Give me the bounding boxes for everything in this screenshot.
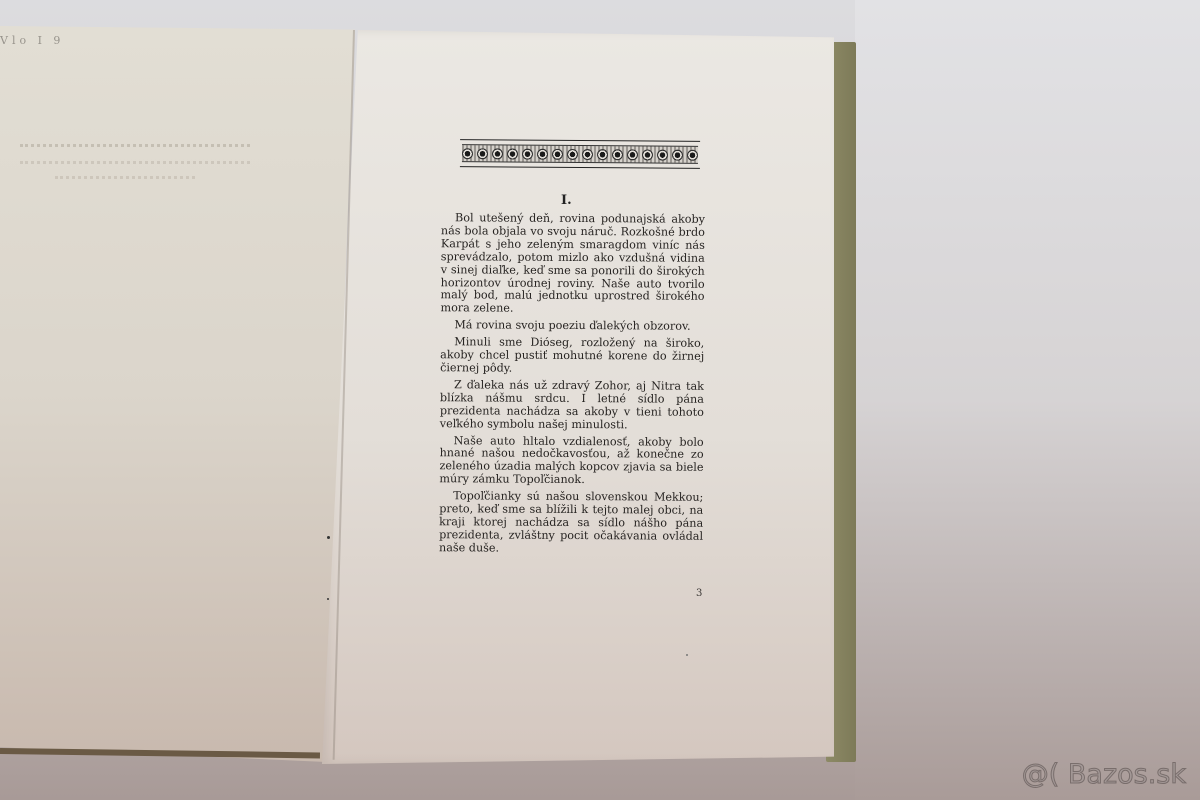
paragraph: Z ďaleka nás už zdravý Zohor, aj Nitra t… (440, 379, 704, 432)
ornament-dot-icon (477, 148, 488, 159)
ornament-dot-icon (537, 148, 548, 159)
ornament-dot-icon (672, 149, 683, 160)
paper-speck (327, 536, 330, 539)
ornament-dot-icon (627, 149, 638, 160)
ornament-dot-icon (567, 148, 578, 159)
paragraph: Naše auto hltalo vzdialenosť, akoby bolo… (439, 435, 703, 488)
paragraph: Má rovina svoju poeziu ďalekých obzorov. (440, 319, 704, 334)
paper-speck (686, 654, 688, 656)
ornament-dot-icon (552, 148, 563, 159)
decorative-border-ornament (460, 139, 700, 169)
left-page: Vlo I 9 (0, 26, 355, 762)
bazos-watermark: @( Bazos.sk (1022, 759, 1186, 790)
paper-speck (327, 598, 329, 600)
ornament-band (462, 144, 698, 164)
left-page-show-through-title (20, 144, 250, 164)
paragraph: Minuli sme Dióseg, rozložený na široko, … (440, 336, 704, 376)
ornament-dot-icon (507, 148, 518, 159)
ornament-dot-icon (687, 149, 698, 160)
ornament-dot-icon (492, 148, 503, 159)
left-page-show-through-subtitle (55, 176, 195, 185)
left-page-faint-header: Vlo I 9 (0, 34, 64, 47)
ornament-dot-icon (522, 148, 533, 159)
ornament-dot-icon (462, 148, 473, 159)
ornament-dot-icon (597, 149, 608, 160)
paragraph: Topoľčianky sú našou slovenskou Mekkou; … (439, 490, 703, 556)
background-surface (855, 0, 1200, 800)
chapter-number: I. (561, 193, 572, 208)
ornament-dot-icon (582, 149, 593, 160)
ornament-dot-icon (612, 149, 623, 160)
body-text: Bol utešený deň, rovina podunajská akoby… (439, 212, 705, 560)
paragraph: Bol utešený deň, rovina podunajská akoby… (440, 212, 705, 317)
ornament-dot-icon (657, 149, 668, 160)
page-number: 3 (696, 588, 702, 599)
ornament-dot-icon (642, 149, 653, 160)
